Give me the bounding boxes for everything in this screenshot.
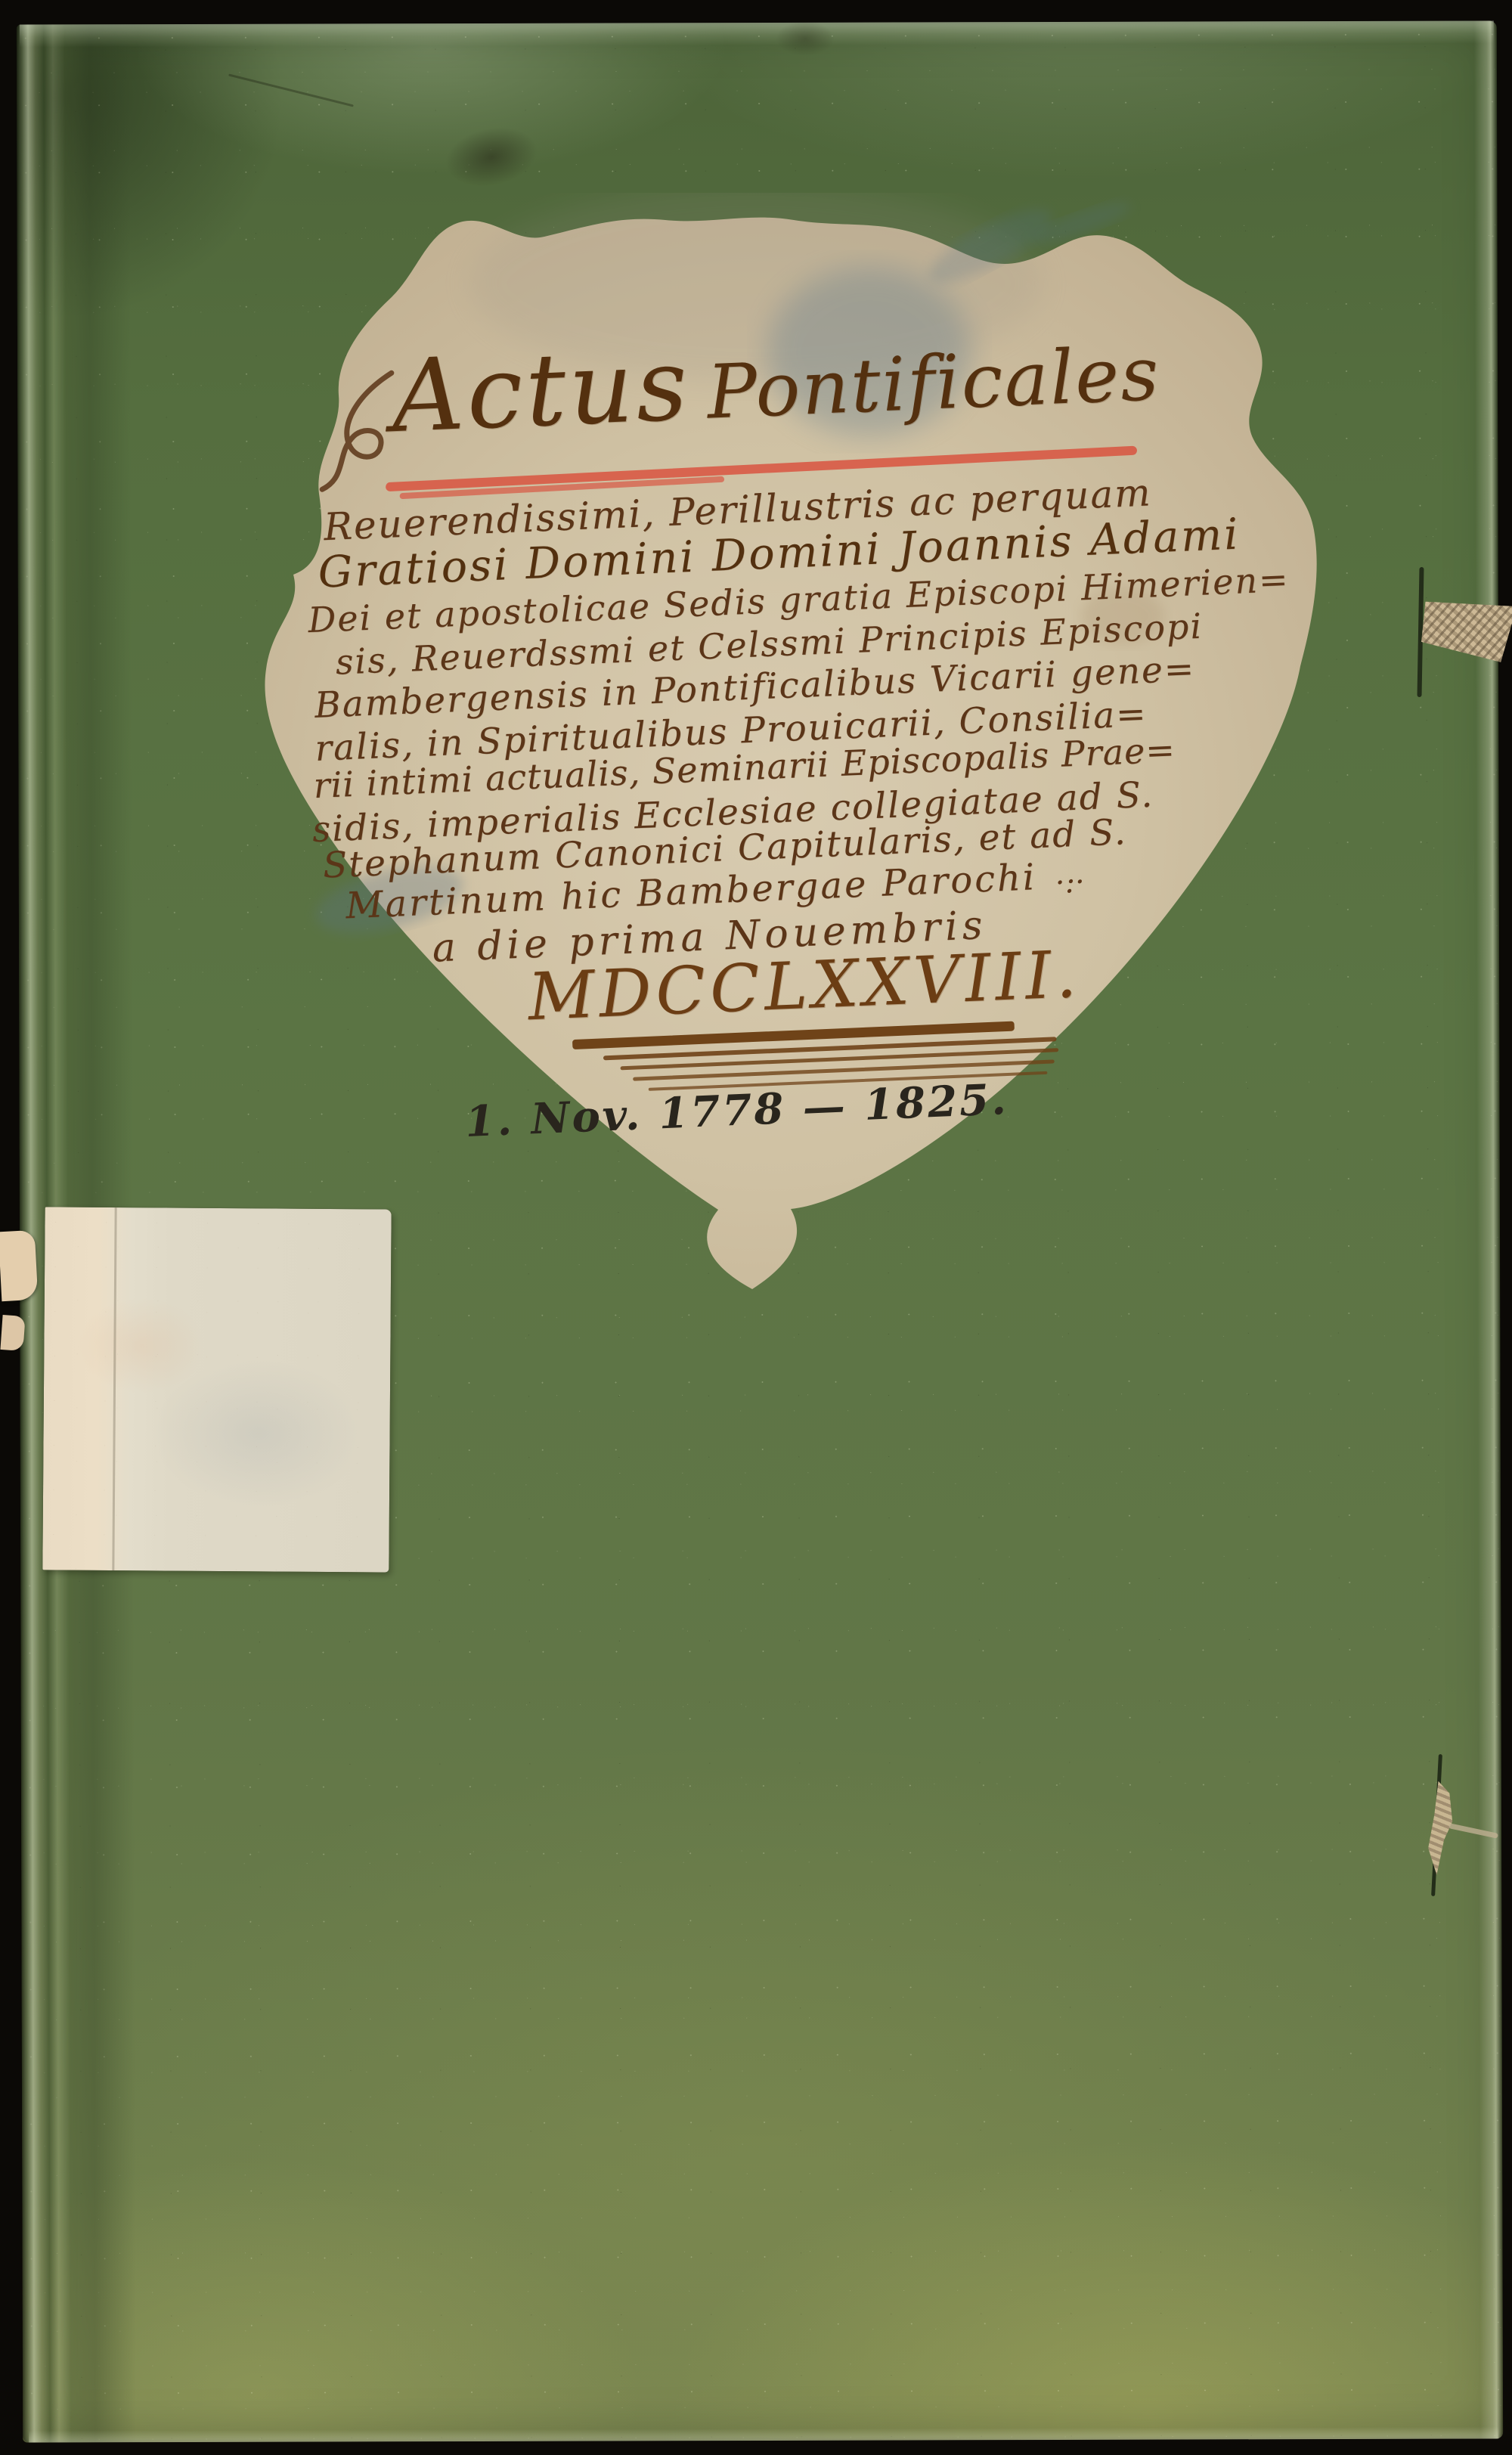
cover-top-edge-wear	[20, 20, 1494, 47]
title-word-actus: Actus	[389, 327, 692, 455]
year-underline	[620, 1048, 1058, 1070]
label-handwritten-text: Actus Pontificales Reuerendissimi, Peril…	[206, 170, 1363, 1327]
title-word-pontificales: Pontificales	[705, 331, 1162, 436]
label-title: Actus Pontificales	[389, 307, 1162, 455]
paper-patch	[42, 1207, 391, 1572]
date-annotation: 1. Nov. 1778 — 1825.	[464, 1074, 1009, 1147]
cover-bottom-edge-wear	[29, 2426, 1498, 2442]
cover-right-edge-wear	[1474, 20, 1503, 2438]
flourish-dots: ·:·	[1055, 865, 1086, 901]
paper-patch-torn-tab	[0, 1230, 38, 1301]
scanned-book-cover: Actus Pontificales Reuerendissimi, Peril…	[0, 0, 1512, 2455]
